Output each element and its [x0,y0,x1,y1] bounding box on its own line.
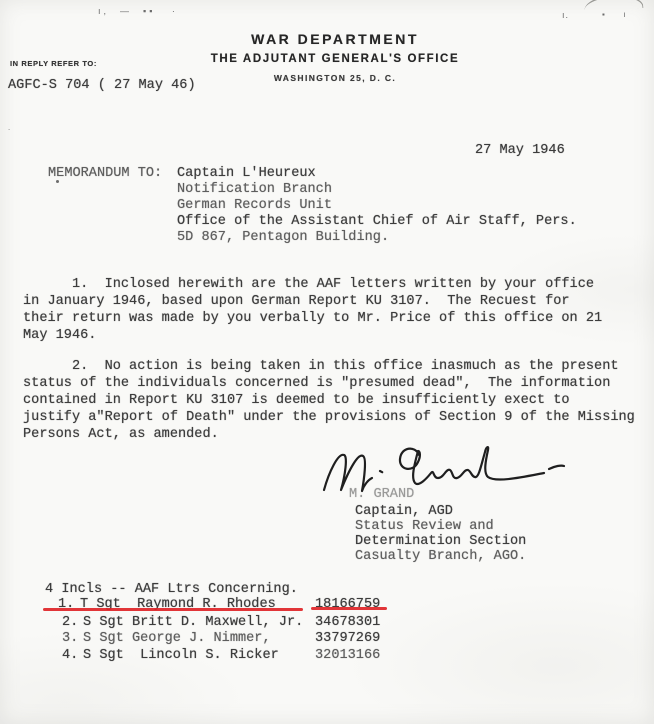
paragraph-2-line-1: 2. No action is being taken in this offi… [23,360,619,373]
inclosures-header: 4 Incls -- AAF Ltrs Concerning. [45,583,298,596]
signer-branch: Casualty Branch, AGO. [355,550,526,563]
stray-mark-left-edge: ˙ [8,128,11,138]
pencil-marks-top-right-a: ı. [562,10,569,20]
in-reply-refer-to-label: IN REPLY REFER TO: [10,59,97,68]
inclosure-2-name: S Sgt Britt D. Maxwell, Jr. [83,616,303,629]
paragraph-2-line-2: status of the individuals concerned is "… [23,377,610,390]
letterhead-washington: WASHINGTON 25, D. C. [274,73,396,83]
paragraph-2-line-4: justify a"Report of Death" under the pro… [23,411,635,424]
letterhead-war-department: WAR DEPARTMENT [251,31,419,47]
recipient-unit: German Records Unit [177,199,332,212]
memorandum-to-label: MEMORANDUM TO: [48,167,162,180]
date-line: 27 May 1946 [475,144,565,157]
signer-typed-name: M. GRAND [349,488,414,501]
paragraph-1-line-2: in January 1946, based upon German Repor… [23,295,570,308]
inclosure-2-number: 2. [62,616,78,629]
red-underline-segment-2 [311,607,387,610]
paragraph-2-line-5: Persons Act, as amended. [23,428,219,441]
inclosure-4-serial: 32013166 [315,649,380,662]
inclosure-3-name: S Sgt George J. Nimmer, [83,632,271,645]
paragraph-1-line-4: May 1946. [23,329,96,342]
recipient-office: Office of the Assistant Chief of Air Sta… [177,215,577,228]
inclosure-3-serial: 33797269 [315,632,380,645]
memorandum-page: ı, — ▪▪ · ı. ▪ ı ˙ WAR DEPARTMENT THE AD… [0,0,654,724]
paragraph-1-line-1: 1. Inclosed herewith are the AAF letters… [23,278,594,291]
inclosure-2-serial: 34678301 [315,616,380,629]
paragraph-1-line-3: their return was made by you verbally to… [23,312,602,325]
reference-number: AGFC-S 704 ( 27 May 46) [8,79,196,92]
paragraph-2-line-3: contained in Report KU 3107 is deemed to… [23,394,570,407]
pencil-marks-top-right-b: ▪ ı [602,10,629,19]
inclosure-4-name: S Sgt Lincoln S. Ricker [83,649,279,662]
inclosure-4-number: 4. [62,649,78,662]
inclosure-3-number: 3. [62,632,78,645]
signer-section-line-2: Determination Section [355,535,526,548]
signer-section-line-1: Status Review and [355,520,494,533]
recipient-address: 5D 867, Pentagon Building. [177,231,389,244]
red-underline-segment-1 [43,608,303,611]
letterhead-adjutant-generals-office: THE ADJUTANT GENERAL'S OFFICE [211,53,459,65]
pencil-marks-top-left: ı, — ▪▪ · [98,6,178,16]
recipient-name: Captain L'Heureux [177,167,316,180]
recipient-branch: Notification Branch [177,183,332,196]
signer-title: Captain, AGD [355,505,453,518]
